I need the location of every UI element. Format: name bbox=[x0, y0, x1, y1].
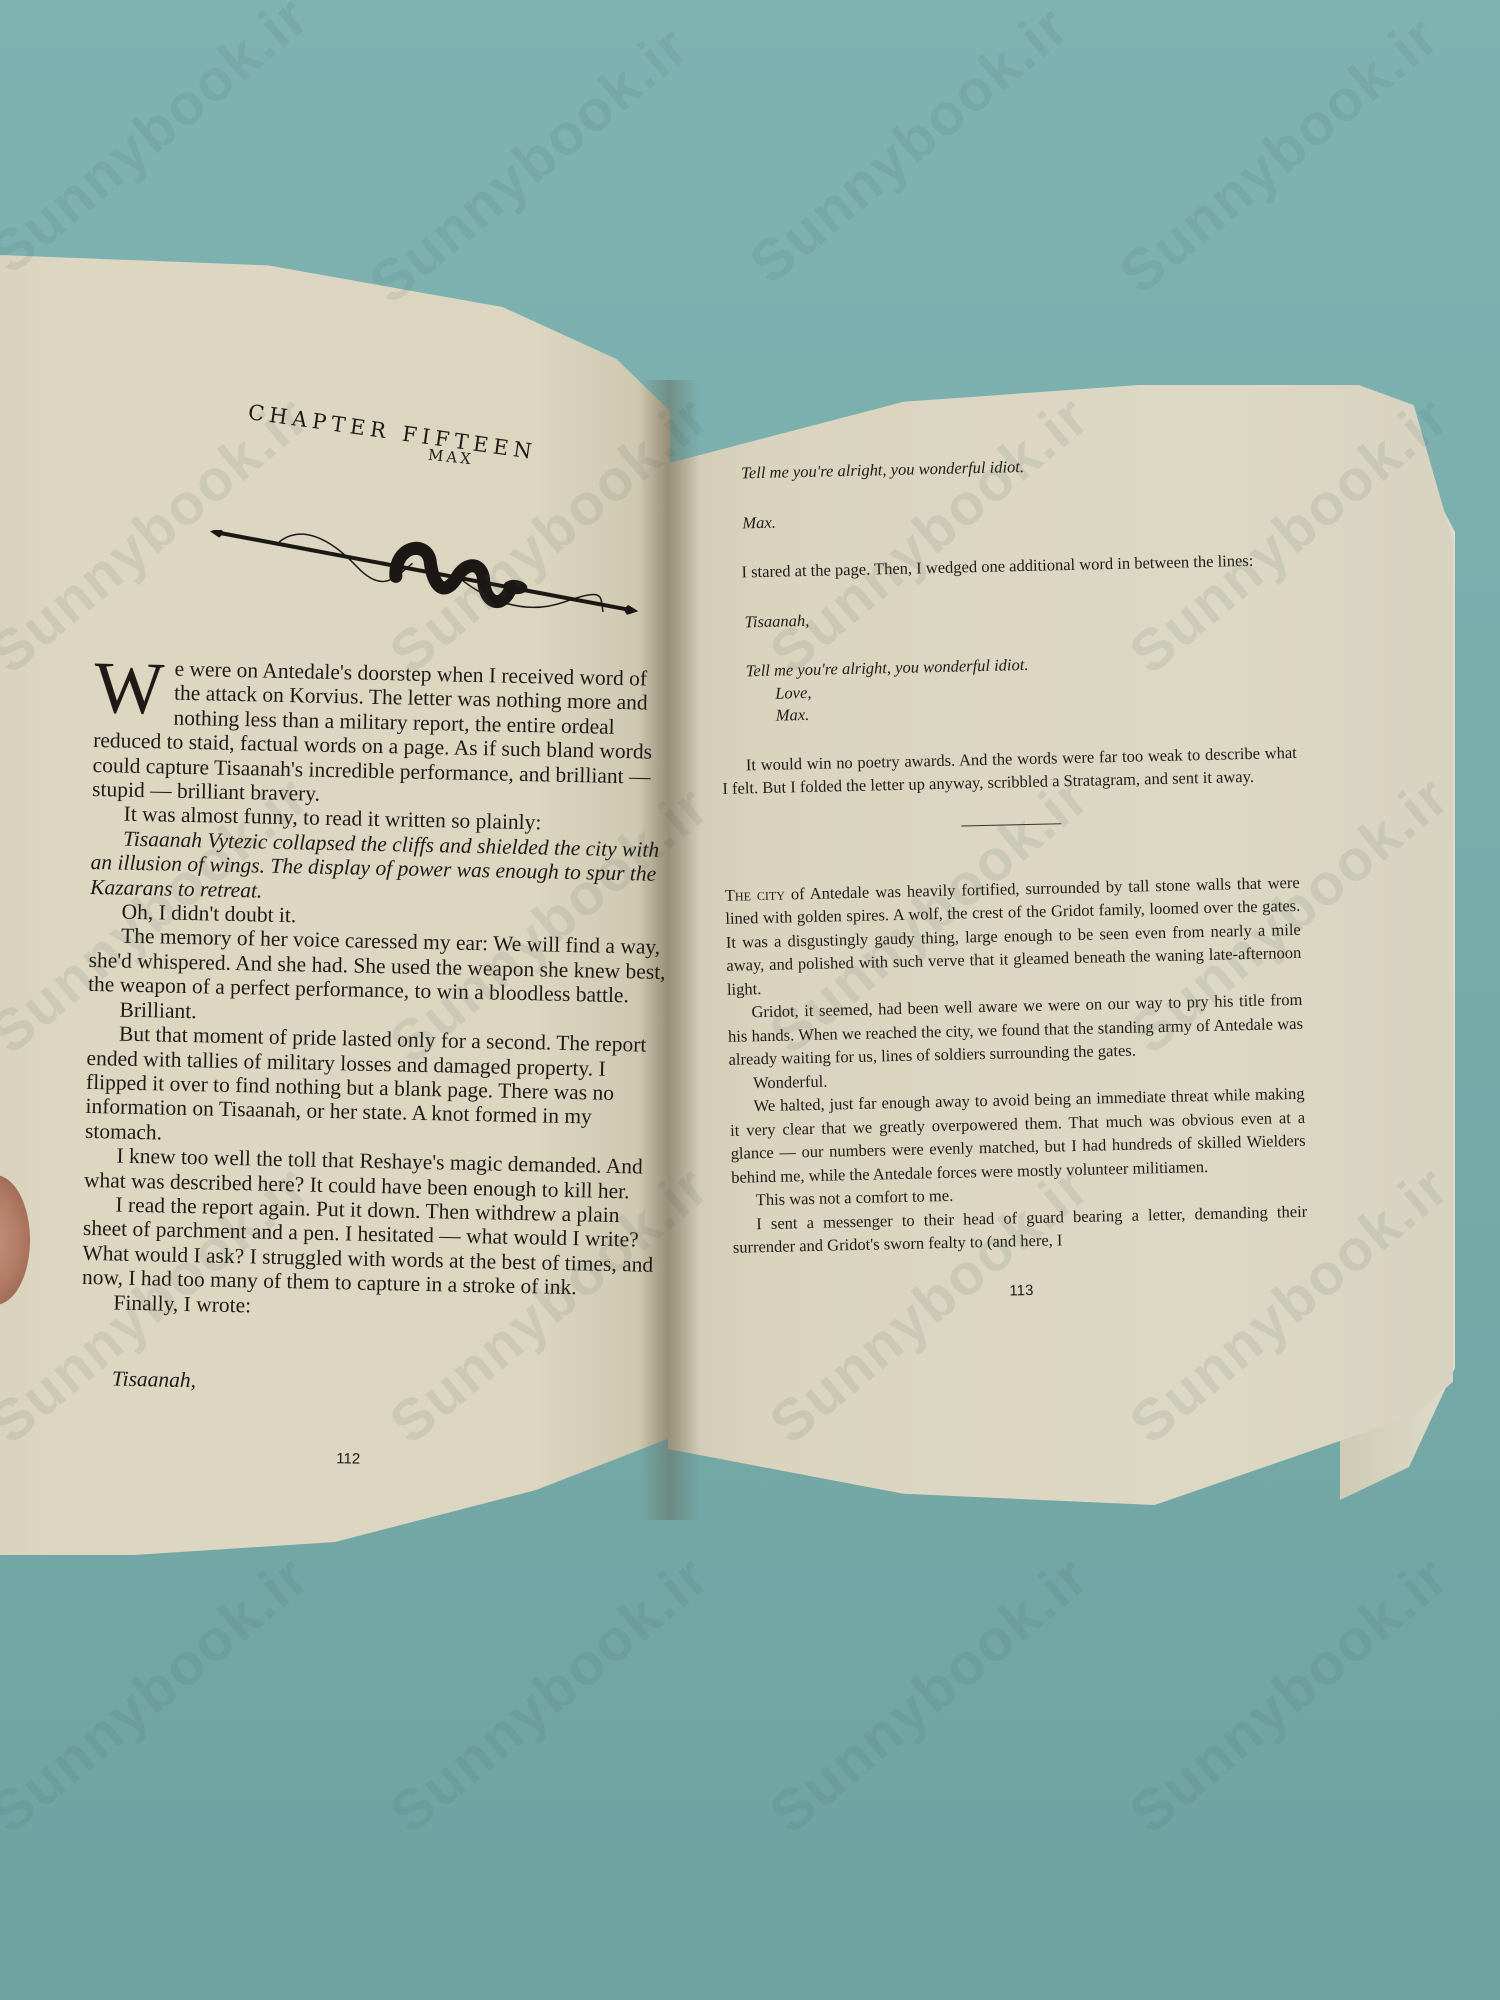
section-lead: The city bbox=[725, 884, 785, 904]
watermark: Sunnybook.ir bbox=[757, 1542, 1102, 1847]
watermark: Sunnybook.ir bbox=[0, 0, 322, 287]
watermark: Sunnybook.ir bbox=[1117, 1542, 1462, 1847]
paragraph: Gridot, it seemed, had been well aware w… bbox=[727, 988, 1303, 1072]
watermark: Sunnybook.ir bbox=[737, 0, 1082, 297]
serpent-spear-icon bbox=[205, 530, 645, 640]
watermark: Sunnybook.ir bbox=[1107, 2, 1452, 307]
paragraph: I read the report again. Put it down. Th… bbox=[82, 1192, 664, 1302]
section-separator bbox=[961, 823, 1061, 826]
drop-cap: W bbox=[94, 657, 165, 720]
watermark: Sunnybook.ir bbox=[377, 1542, 722, 1847]
paragraph: We halted, just far enough away to avoid… bbox=[729, 1082, 1306, 1189]
watermark: Sunnybook.ir bbox=[357, 12, 702, 317]
left-page-body: We were on Antedale's doorstep when I re… bbox=[78, 655, 675, 1479]
paragraph: We were on Antedale's doorstep when I re… bbox=[92, 655, 675, 814]
right-page-body: Tell me you're alright, you wonderful id… bbox=[715, 449, 1309, 1309]
watermark: Sunnybook.ir bbox=[0, 1542, 322, 1847]
paragraph: But that moment of pride lasted only for… bbox=[85, 1021, 667, 1155]
paragraph: Tisaanah Vytezic collapsed the cliffs an… bbox=[90, 826, 671, 911]
paragraph: The city of Antedale was heavily fortifi… bbox=[725, 870, 1303, 1001]
paragraph: The memory of her voice caressed my ear:… bbox=[88, 923, 669, 1008]
